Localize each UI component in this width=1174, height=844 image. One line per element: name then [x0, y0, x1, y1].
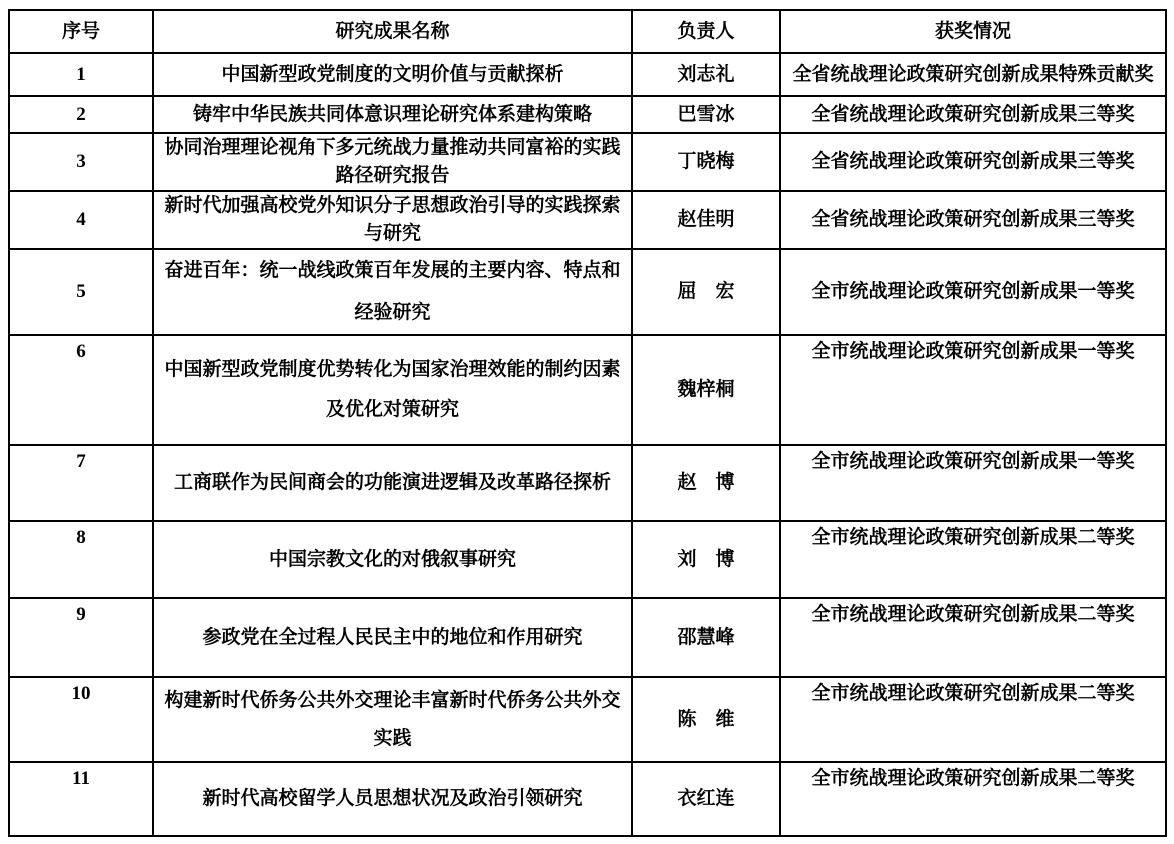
- row-leader: 邵慧峰: [632, 598, 780, 677]
- row-leader: 魏梓桐: [632, 335, 780, 445]
- row-title: 工商联作为民间商会的功能演进逻辑及改革路径探析: [153, 445, 632, 521]
- row-title: 参政党在全过程人民民主中的地位和作用研究: [153, 598, 632, 677]
- row-seq: 8: [9, 521, 153, 598]
- table-row: 9 参政党在全过程人民民主中的地位和作用研究 邵慧峰 全市统战理论政策研究创新成…: [9, 598, 1166, 677]
- row-title: 新时代高校留学人员思想状况及政治引领研究: [153, 762, 632, 836]
- row-leader: 丁晓梅: [632, 133, 780, 191]
- row-award: 全市统战理论政策研究创新成果一等奖: [780, 335, 1166, 445]
- row-seq: 6: [9, 335, 153, 445]
- row-award: 全市统战理论政策研究创新成果一等奖: [780, 249, 1166, 335]
- row-seq: 10: [9, 677, 153, 762]
- row-seq: 2: [9, 96, 153, 133]
- row-leader: 衣红连: [632, 762, 780, 836]
- row-leader: 陈 维: [632, 677, 780, 762]
- row-title: 中国新型政党制度的文明价值与贡献探析: [153, 53, 632, 96]
- table-row: 7 工商联作为民间商会的功能演进逻辑及改革路径探析 赵 博 全市统战理论政策研究…: [9, 445, 1166, 521]
- row-award: 全省统战理论政策研究创新成果三等奖: [780, 96, 1166, 133]
- row-title: 中国宗教文化的对俄叙事研究: [153, 521, 632, 598]
- row-award: 全市统战理论政策研究创新成果二等奖: [780, 598, 1166, 677]
- table-row: 10 构建新时代侨务公共外交理论丰富新时代侨务公共外交 实践 陈 维 全市统战理…: [9, 677, 1166, 762]
- table-row: 5 奋进百年：统一战线政策百年发展的主要内容、特点和 经验研究 屈 宏 全市统战…: [9, 249, 1166, 335]
- row-title: 铸牢中华民族共同体意识理论研究体系建构策略: [153, 96, 632, 133]
- row-award: 全市统战理论政策研究创新成果二等奖: [780, 762, 1166, 836]
- row-seq: 5: [9, 249, 153, 335]
- header-cell-award: 获奖情况: [780, 10, 1166, 53]
- row-leader: 赵佳明: [632, 191, 780, 249]
- row-title: 新时代加强高校党外知识分子思想政治引导的实践探索 与研究: [153, 191, 632, 249]
- row-award: 全省统战理论政策研究创新成果三等奖: [780, 133, 1166, 191]
- table-row: 3 协同治理理论视角下多元统战力量推动共同富裕的实践 路径研究报告 丁晓梅 全省…: [9, 133, 1166, 191]
- header-cell-leader: 负责人: [632, 10, 780, 53]
- row-leader: 巴雪冰: [632, 96, 780, 133]
- row-seq: 7: [9, 445, 153, 521]
- header-cell-title: 研究成果名称: [153, 10, 632, 53]
- row-leader: 刘志礼: [632, 53, 780, 96]
- table-row: 8 中国宗教文化的对俄叙事研究 刘 博 全市统战理论政策研究创新成果二等奖: [9, 521, 1166, 598]
- row-seq: 9: [9, 598, 153, 677]
- table-row: 11 新时代高校留学人员思想状况及政治引领研究 衣红连 全市统战理论政策研究创新…: [9, 762, 1166, 836]
- row-title: 奋进百年：统一战线政策百年发展的主要内容、特点和 经验研究: [153, 249, 632, 335]
- row-seq: 1: [9, 53, 153, 96]
- row-award: 全市统战理论政策研究创新成果一等奖: [780, 445, 1166, 521]
- table-row: 2 铸牢中华民族共同体意识理论研究体系建构策略 巴雪冰 全省统战理论政策研究创新…: [9, 96, 1166, 133]
- document-page: 序号 研究成果名称 负责人 获奖情况 1 中国新型政党制度的文明价值与贡献探析 …: [0, 0, 1174, 844]
- row-seq: 3: [9, 133, 153, 191]
- research-awards-table: 序号 研究成果名称 负责人 获奖情况 1 中国新型政党制度的文明价值与贡献探析 …: [8, 9, 1167, 837]
- header-cell-seq: 序号: [9, 10, 153, 53]
- row-seq: 11: [9, 762, 153, 836]
- table-row: 4 新时代加强高校党外知识分子思想政治引导的实践探索 与研究 赵佳明 全省统战理…: [9, 191, 1166, 249]
- row-award: 全省统战理论政策研究创新成果三等奖: [780, 191, 1166, 249]
- row-title: 中国新型政党制度优势转化为国家治理效能的制约因素 及优化对策研究: [153, 335, 632, 445]
- table-row: 6 中国新型政党制度优势转化为国家治理效能的制约因素 及优化对策研究 魏梓桐 全…: [9, 335, 1166, 445]
- row-award: 全市统战理论政策研究创新成果二等奖: [780, 677, 1166, 762]
- row-title: 构建新时代侨务公共外交理论丰富新时代侨务公共外交 实践: [153, 677, 632, 762]
- row-seq: 4: [9, 191, 153, 249]
- row-leader: 赵 博: [632, 445, 780, 521]
- row-award: 全省统战理论政策研究创新成果特殊贡献奖: [780, 53, 1166, 96]
- row-leader: 屈 宏: [632, 249, 780, 335]
- row-title: 协同治理理论视角下多元统战力量推动共同富裕的实践 路径研究报告: [153, 133, 632, 191]
- table-row: 1 中国新型政党制度的文明价值与贡献探析 刘志礼 全省统战理论政策研究创新成果特…: [9, 53, 1166, 96]
- table-header-row: 序号 研究成果名称 负责人 获奖情况: [9, 10, 1166, 53]
- row-leader: 刘 博: [632, 521, 780, 598]
- row-award: 全市统战理论政策研究创新成果二等奖: [780, 521, 1166, 598]
